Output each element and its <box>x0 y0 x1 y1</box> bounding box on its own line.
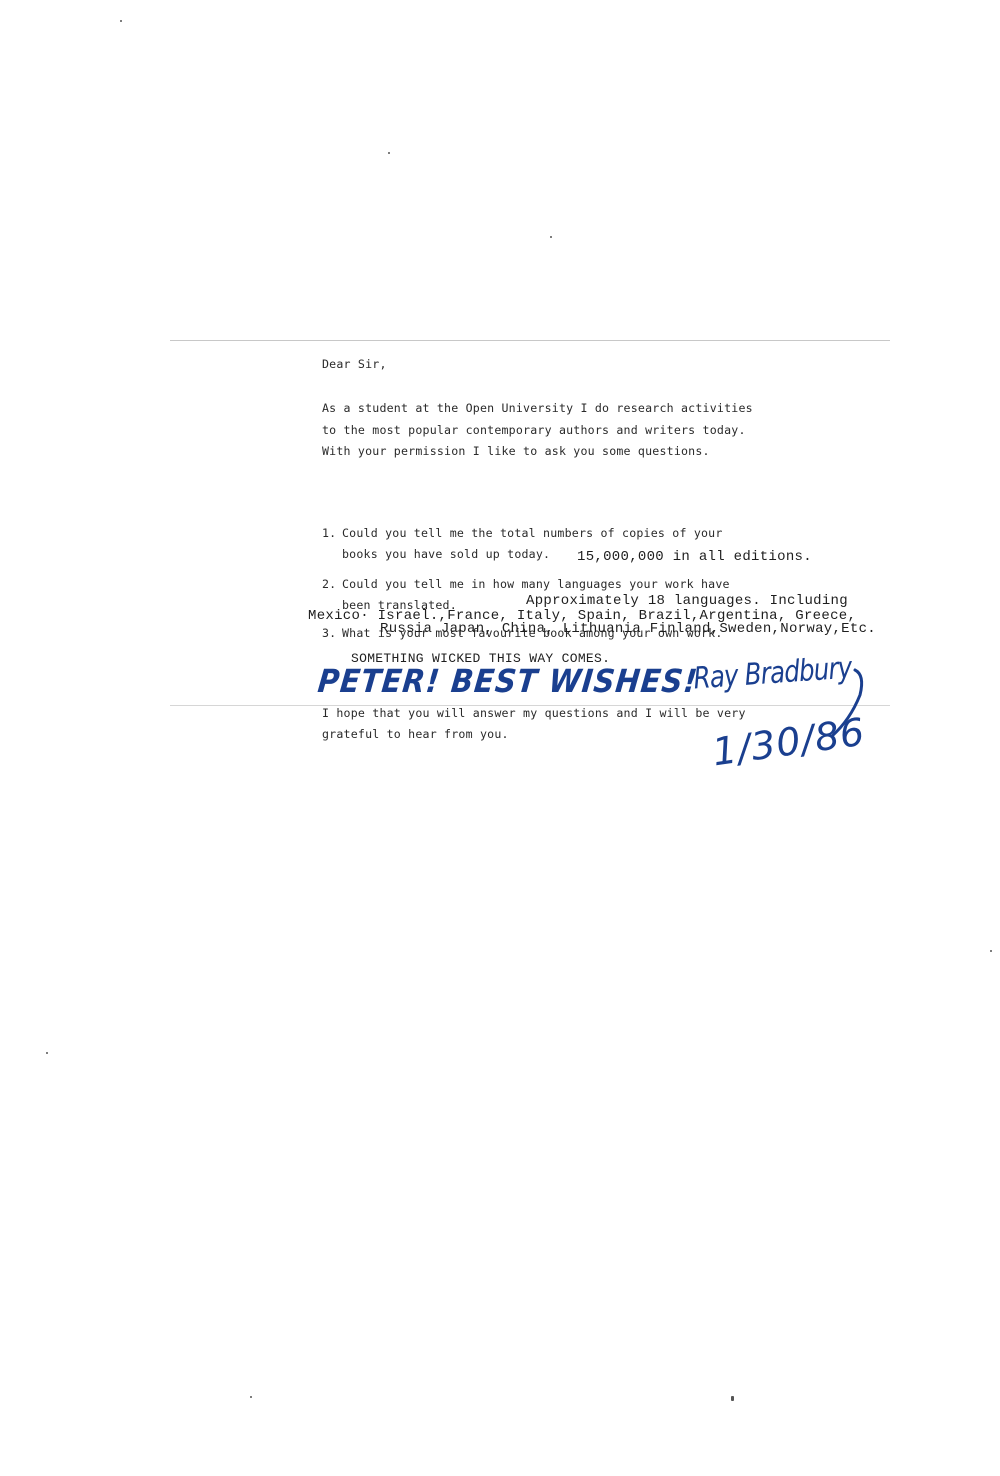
answer-2-line-1: Approximately 18 languages. Including <box>526 593 848 609</box>
closing-line-1: I hope that you will answer my questions… <box>322 706 746 720</box>
paper-speck <box>731 1396 734 1401</box>
handwritten-inscription: PETER! BEST WISHES! <box>316 662 700 699</box>
closing-line-2: grateful to hear from you. <box>322 727 509 741</box>
paper-speck <box>46 1052 48 1054</box>
question-2-line-1: Could you tell me in how many languages … <box>342 577 730 591</box>
question-2-number: 2. <box>322 577 336 591</box>
question-3-number: 3. <box>322 626 336 640</box>
answer-1: 15,000,000 in all editions. <box>577 549 812 565</box>
question-1-number: 1. <box>322 526 336 540</box>
intro-line-2: to the most popular contemporary authors… <box>322 423 746 437</box>
paper-speck <box>550 236 552 238</box>
paper-speck <box>120 20 122 22</box>
fold-line-top <box>170 340 890 341</box>
intro-line-1: As a student at the Open University I do… <box>322 401 753 415</box>
answer-2-line-3: Russia Japan, China, Lithuania Finland,S… <box>380 621 876 637</box>
paper-speck <box>250 1396 252 1398</box>
question-1-line-1: Could you tell me the total numbers of c… <box>342 526 723 540</box>
salutation: Dear Sir, <box>322 357 387 371</box>
paper-speck <box>990 950 992 952</box>
paper-speck <box>388 152 390 154</box>
question-1-line-2: books you have sold up today. <box>342 547 550 561</box>
intro-line-3: With your permission I like to ask you s… <box>322 444 710 458</box>
letter-page: Dear Sir, As a student at the Open Unive… <box>0 0 1000 1476</box>
